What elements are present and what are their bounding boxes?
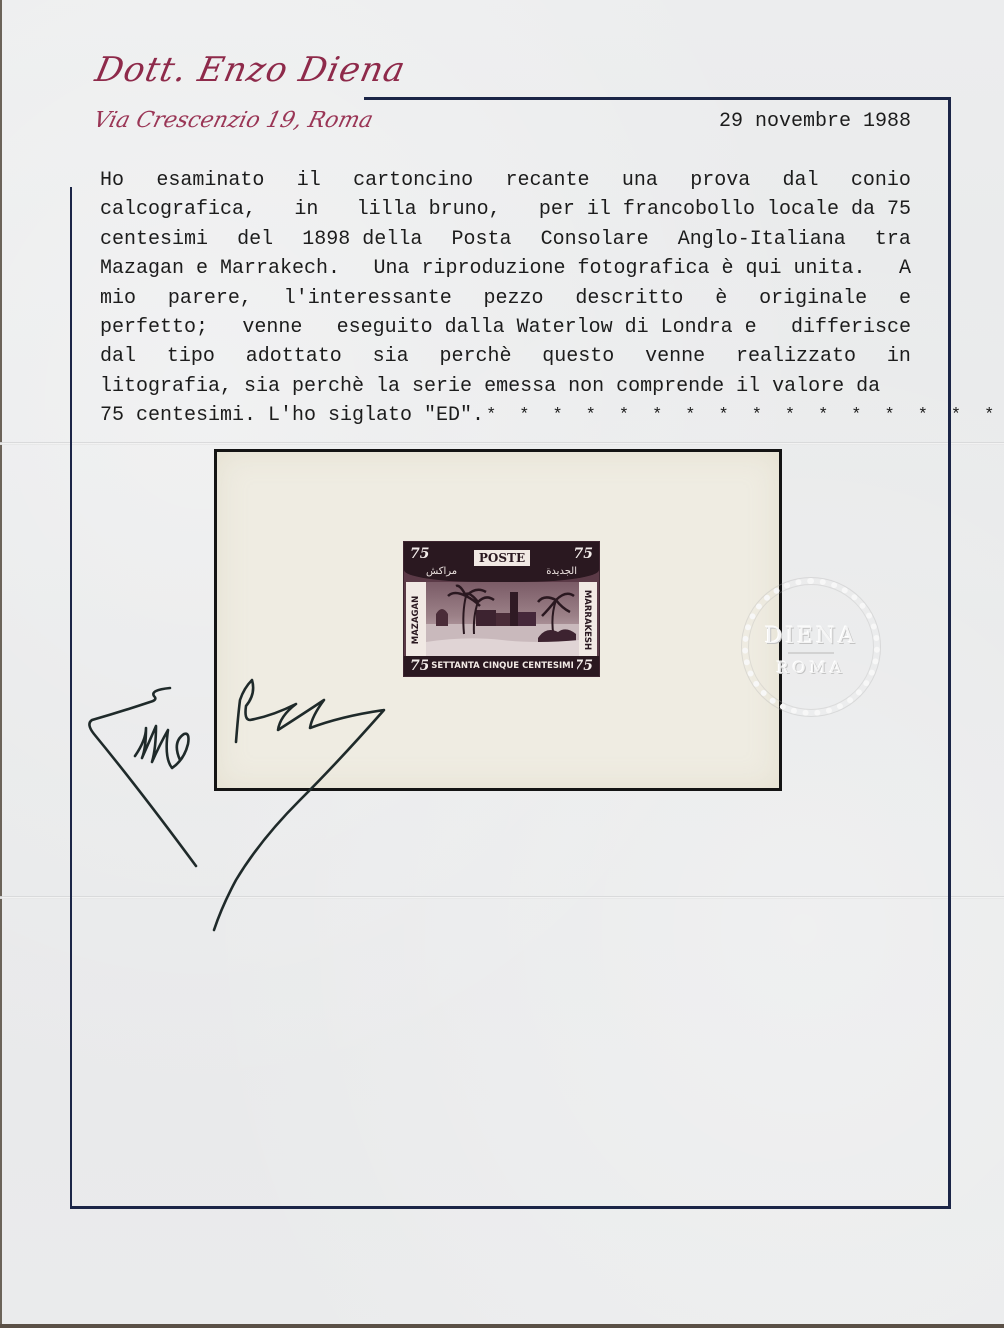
body-word: originale [759, 284, 867, 313]
body-word: Posta [451, 225, 511, 254]
body-line: centesimidel1898 dellaPostaConsolareAngl… [100, 225, 911, 254]
body-word: lilla bruno, [357, 195, 501, 224]
body-word: eseguito dalla Waterlow di Londra e [337, 313, 757, 342]
stamp-arabic-left: مراكش [426, 566, 457, 577]
body-word: esaminato [156, 166, 264, 195]
frame-right-line [948, 97, 951, 1209]
body-word: e [899, 284, 911, 313]
body-word: realizzato [736, 342, 856, 371]
stamp-caption: SETTANTA CINQUE CENTESIMI [428, 659, 577, 673]
body-line: Mazagan e Marrakech.Una riproduzione fot… [100, 254, 911, 283]
body-word: litografia, sia perchè la serie emessa n… [100, 372, 880, 401]
body-word: Una riproduzione fotografica è qui unita… [373, 254, 865, 283]
body-word: adottato [246, 342, 342, 371]
body-word: A [899, 254, 911, 283]
stamp-header: POSTE [474, 550, 530, 566]
body-word: cartoncino [353, 166, 473, 195]
frame-left-line [70, 187, 72, 1209]
stamp-side-left-text: MAZAGAN [411, 596, 421, 644]
body-word: questo [542, 342, 614, 371]
body-line: 75 centesimi. L'ho siglato "ED".* * * * … [100, 401, 911, 430]
body-line: perfetto;venneeseguito dalla Waterlow di… [100, 313, 911, 342]
fold-crease [0, 896, 1004, 899]
body-word: per il francobollo locale da 75 [539, 195, 911, 224]
body-word: dal [100, 342, 136, 371]
palm-city-scene-icon [426, 582, 579, 658]
asterisk-filler: * * * * * * * * * * * * * * * * * [486, 401, 1004, 430]
body-word: Mazagan e Marrakech. [100, 254, 340, 283]
letterhead-name: Dott. Enzo Diena [92, 50, 410, 90]
body-word: perfetto; [100, 313, 208, 342]
paper-edge [0, 1324, 1004, 1328]
body-word: una [622, 166, 658, 195]
body-word: centesimi [100, 225, 208, 254]
seal-city: ROMA [748, 658, 874, 677]
body-word: descritto [575, 284, 683, 313]
certificate-body: Hoesaminatoilcartoncinorecanteunaprovada… [100, 166, 911, 431]
seal-name: DIENA [748, 624, 874, 649]
body-word: prova [690, 166, 750, 195]
letterhead-address: Via Crescenzio 19, Roma [91, 108, 376, 133]
frame-bottom-line [72, 1206, 951, 1209]
frame-top-line [364, 97, 951, 100]
body-word: mio [100, 284, 136, 313]
paper-edge [0, 0, 2, 1328]
body-word: in [294, 195, 318, 224]
stamp-arabic-right: الجديدة [546, 566, 577, 577]
stamp-side-left: MAZAGAN [406, 582, 426, 658]
body-line: Hoesaminatoilcartoncinorecanteunaprovada… [100, 166, 911, 195]
body-word: recante [505, 166, 589, 195]
stamp-value-bottom-left: 75 [410, 658, 429, 674]
body-word: venne [645, 342, 705, 371]
body-word: il [297, 166, 321, 195]
body-word: tra [875, 225, 911, 254]
body-line: mioparere,l'interessantepezzodescrittoèo… [100, 284, 911, 313]
stamp-side-right: MARRAKESH [577, 582, 597, 658]
body-word: è [715, 284, 727, 313]
body-word: Ho [100, 166, 124, 195]
stamp-vignette [426, 582, 579, 658]
body-word: parere, [168, 284, 252, 313]
body-word: pezzo [484, 284, 544, 313]
body-word: calcografica, [100, 195, 256, 224]
body-word: l'interessante [284, 284, 452, 313]
body-word: differisce [791, 313, 911, 342]
body-word: venne [242, 313, 302, 342]
body-last-line: 75 centesimi. L'ho siglato "ED". [100, 401, 484, 430]
body-word: sia [373, 342, 409, 371]
body-word: in [887, 342, 911, 371]
body-word: conio [851, 166, 911, 195]
body-line: calcografica,inlilla bruno,per il franco… [100, 195, 911, 224]
body-word: Consolare [541, 225, 649, 254]
seal-divider [788, 652, 833, 654]
fold-crease [0, 442, 1004, 445]
body-word: del [237, 225, 273, 254]
body-word: dal [783, 166, 819, 195]
body-word: tipo [167, 342, 215, 371]
body-word: 1898 della [302, 225, 422, 254]
certificate-date: 29 novembre 1988 [719, 110, 911, 133]
embossed-seal: DIENA ROMA [742, 578, 880, 716]
stamp-die-proof: 75 75 POSTE مراكش الجديدة MAZAGAN MARRAK… [403, 541, 600, 677]
stamp-value-top-left: 75 [410, 546, 429, 562]
body-line: litografia, sia perchè la serie emessa n… [100, 372, 911, 401]
body-line: daltipoadottatosiaperchèquestovennereali… [100, 342, 911, 371]
body-word: perchè [439, 342, 511, 371]
stamp-side-right-text: MARRAKESH [582, 590, 592, 650]
body-word: Anglo-Italiana [678, 225, 846, 254]
stamp-value-top-right: 75 [574, 546, 593, 562]
